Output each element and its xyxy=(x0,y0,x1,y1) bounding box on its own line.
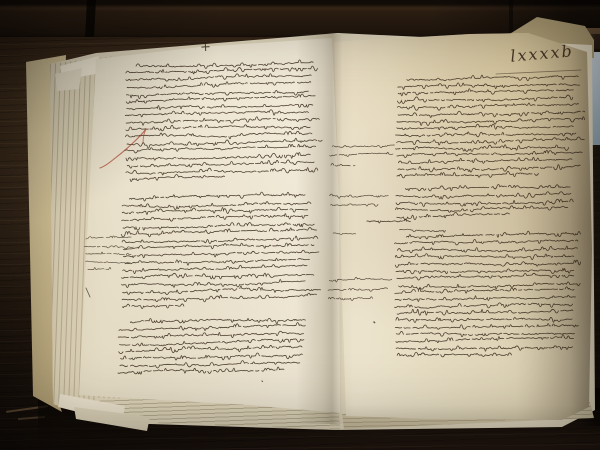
cross-mark: + xyxy=(200,40,212,56)
photo-manuscript-on-table: lxxxxb + xyxy=(0,0,600,450)
handwriting-ink-layer xyxy=(0,0,600,450)
